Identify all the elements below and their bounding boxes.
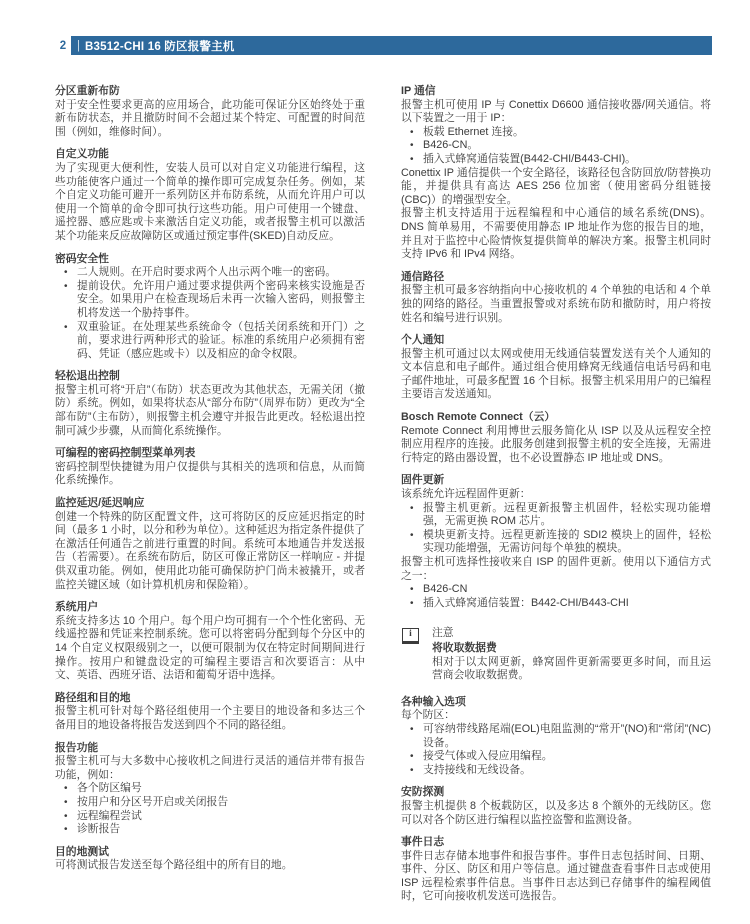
bullet-text: 报警主机更新。远程更新报警主机固件，轻松实现功能增强，无需更换 ROM 芯片。 (423, 502, 711, 529)
section: 目的地测试可将测试报告发送至每个路径组中的所有目的地。 (55, 846, 365, 873)
bullet-text: 插入式蜂窝通信装置：B442-CHI/B443-CHI (423, 597, 711, 611)
paragraph: 每个防区： (401, 709, 711, 723)
bullet-icon: • (410, 126, 423, 140)
paragraph: 密码控制型快捷键为用户仅提供与其相关的选项和信息，从而简化系统操作。 (55, 461, 365, 488)
bullet-item: •插入式蜂窝通信装置(B442-CHI/B443-CHI)。 (401, 153, 711, 167)
header-title: B3512-CHI 16 防区报警主机 (85, 36, 235, 55)
column-left: 分区重新布防对于安全性要求更高的应用场合，此功能可保证分区始终处于重新布防状态，… (55, 85, 365, 913)
bullet-item: •支持接线和无线设备。 (401, 764, 711, 778)
column-right: IP 通信报警主机可使用 IP 与 Conettix D6600 通信接收器/网… (401, 85, 711, 913)
bullet-icon: • (410, 723, 423, 750)
bullet-item: •模块更新支持。远程更新连接的 SDI2 模块上的固件，轻松实现功能增强，无需访… (401, 529, 711, 556)
bullet-text: 远程编程尝试 (77, 810, 365, 824)
section-heading: 轻松退出控制 (55, 370, 365, 384)
section: 系统用户系统支持多达 10 个用户。每个用户均可拥有一个个性化密码、无线遥控器和… (55, 601, 365, 683)
section: 安防探测报警主机提供 8 个板载防区，以及多达 8 个额外的无线防区。您可以对各… (401, 786, 711, 827)
bullet-item: •可容纳带线路尾端(EOL)电阻监测的“常开”(NO)和“常闭”(NC)设备。 (401, 723, 711, 750)
bullet-icon: • (64, 321, 77, 362)
bullet-text: 二人规则。在开启时要求两个人出示两个唯一的密码。 (77, 266, 365, 280)
section: 路径组和目的地报警主机可针对每个路径组使用一个主要目的地设备和多达三个备用目的地… (55, 692, 365, 733)
section-heading: 报告功能 (55, 742, 365, 756)
bullet-text: 模块更新支持。远程更新连接的 SDI2 模块上的固件，轻松实现功能增强，无需访问… (423, 529, 711, 556)
bullet-icon: • (64, 280, 77, 321)
bullet-icon: • (410, 529, 423, 556)
bullet-icon: • (410, 750, 423, 764)
section: 固件更新该系统允许远程固件更新：•报警主机更新。远程更新报警主机固件，轻松实现功… (401, 474, 711, 610)
section-heading: Bosch Remote Connect（云） (401, 411, 711, 425)
bullet-icon: • (64, 810, 77, 824)
page-header: 2 | B3512-CHI 16 防区报警主机 (55, 36, 712, 55)
paragraph: 报警主机可选择性接收来自 ISP 的固件更新。使用以下通信方式之一： (401, 556, 711, 583)
section: 报告功能报警主机可与大多数中心接收机之间进行灵活的通信并带有报告功能，例如：•各… (55, 742, 365, 837)
section: IP 通信报警主机可使用 IP 与 Conettix D6600 通信接收器/网… (401, 85, 711, 262)
bullet-text: 板载 Ethernet 连接。 (423, 126, 711, 140)
bullet-item: •插入式蜂窝通信装置：B442-CHI/B443-CHI (401, 597, 711, 611)
paragraph: Conettix IP 通信提供一个安全路径，该路径包含防回放/防替换功能，并提… (401, 167, 711, 208)
section: 个人通知报警主机可通过以太网或使用无线通信装置发送有关个人通知的文本信息和电子邮… (401, 334, 711, 402)
section-heading: IP 通信 (401, 85, 711, 99)
paragraph: 报警主机提供 8 个板载防区，以及多达 8 个额外的无线防区。您可以对各个防区进… (401, 800, 711, 827)
bullet-item: •板载 Ethernet 连接。 (401, 126, 711, 140)
section-heading: 可编程的密码控制型菜单列表 (55, 447, 365, 461)
bullet-item: •各个防区编号 (55, 782, 365, 796)
bullet-icon: • (410, 583, 423, 597)
bullet-item: •按用户和分区号开启或关闭报告 (55, 796, 365, 810)
bullet-list: •二人规则。在开启时要求两个人出示两个唯一的密码。•提前设伏。允许用户通过要求提… (55, 266, 365, 361)
paragraph: 报警主机可使用 IP 与 Conettix D6600 通信接收器/网关通信。将… (401, 99, 711, 126)
page-number: 2 (55, 36, 71, 55)
paragraph: 对于安全性要求更高的应用场合，此功能可保证分区始终处于重新布防状态，并且撤防时间… (55, 99, 365, 140)
paragraph: 可将测试报告发送至每个路径组中的所有目的地。 (55, 859, 365, 873)
bullet-item: •双重验证。在处理某些系统命令（包括关闭系统和开门）之前，要求进行两种形式的验证… (55, 321, 365, 362)
bullet-text: 诊断报告 (77, 823, 365, 837)
bullet-icon: • (410, 597, 423, 611)
section-heading: 路径组和目的地 (55, 692, 365, 706)
section: Bosch Remote Connect（云）Remote Connect 利用… (401, 411, 711, 465)
bullet-text: 按用户和分区号开启或关闭报告 (77, 796, 365, 810)
bullet-icon: • (64, 823, 77, 837)
section: 可编程的密码控制型菜单列表密码控制型快捷键为用户仅提供与其相关的选项和信息，从而… (55, 447, 365, 488)
section-heading: 监控延迟/延迟响应 (55, 497, 365, 511)
paragraph: 为了实现更大便利性，安装人员可以对自定义功能进行编程，这些功能使客户通过一个简单… (55, 162, 365, 244)
section: 通信路径报警主机可最多容纳指向中心接收机的 4 个单独的电话和 4 个单独的网络… (401, 271, 711, 325)
paragraph: 事件日志存储本地事件和报告事件。事件日志包括时间、日期、事件、分区、防区和用户等… (401, 850, 711, 904)
note-label: 注意 (432, 627, 711, 641)
bullet-icon: • (410, 153, 423, 167)
document-body: 分区重新布防对于安全性要求更高的应用场合，此功能可保证分区始终处于重新布防状态，… (55, 85, 712, 913)
section-heading: 个人通知 (401, 334, 711, 348)
bullet-text: 插入式蜂窝通信装置(B442-CHI/B443-CHI)。 (423, 153, 711, 167)
bullet-icon: • (64, 796, 77, 810)
paragraph: 报警主机可通过以太网或使用无线通信装置发送有关个人通知的文本信息和电子邮件。通过… (401, 348, 711, 402)
section-heading: 目的地测试 (55, 846, 365, 860)
bullet-list: •可容纳带线路尾端(EOL)电阻监测的“常开”(NO)和“常闭”(NC)设备。•… (401, 723, 711, 777)
bullet-item: •B426-CN (401, 583, 711, 597)
section-heading: 自定义功能 (55, 148, 365, 162)
section-heading: 各种输入选项 (401, 696, 711, 710)
bullet-item: •报警主机更新。远程更新报警主机固件，轻松实现功能增强，无需更换 ROM 芯片。 (401, 502, 711, 529)
section: 自定义功能为了实现更大便利性，安装人员可以对自定义功能进行编程，这些功能使客户通… (55, 148, 365, 243)
header-divider: | (71, 36, 85, 55)
bullet-item: •接受气体或入侵应用编程。 (401, 750, 711, 764)
section-heading: 密码安全性 (55, 253, 365, 267)
section: 分区重新布防对于安全性要求更高的应用场合，此功能可保证分区始终处于重新布防状态，… (55, 85, 365, 139)
section-heading: 固件更新 (401, 474, 711, 488)
section: 各种输入选项每个防区：•可容纳带线路尾端(EOL)电阻监测的“常开”(NO)和“… (401, 696, 711, 778)
bullet-list: •各个防区编号•按用户和分区号开启或关闭报告•远程编程尝试•诊断报告 (55, 782, 365, 836)
bullet-list: •B426-CN•插入式蜂窝通信装置：B442-CHI/B443-CHI (401, 583, 711, 610)
bullet-item: •二人规则。在开启时要求两个人出示两个唯一的密码。 (55, 266, 365, 280)
bullet-item: •B426-CN。 (401, 139, 711, 153)
paragraph: 创建一个特殊的防区配置文件，这可将防区的反应延迟指定的时间（最多 1 小时，以分… (55, 511, 365, 593)
section-heading: 系统用户 (55, 601, 365, 615)
paragraph: 系统支持多达 10 个用户。每个用户均可拥有一个个性化密码、无线遥控器和凭证来控… (55, 615, 365, 683)
paragraph: 报警主机可最多容纳指向中心接收机的 4 个单独的电话和 4 个单独的网络的路径。… (401, 284, 711, 325)
paragraph: Remote Connect 利用博世云服务简化从 ISP 以及从远程安全控制应… (401, 425, 711, 466)
paragraph: 报警主机支持适用于远程编程和中心通信的域名系统(DNS)。DNS 简单易用，不需… (401, 207, 711, 261)
info-icon: i (402, 628, 419, 644)
bullet-text: 接受气体或入侵应用编程。 (423, 750, 711, 764)
bullet-item: •远程编程尝试 (55, 810, 365, 824)
section: 密码安全性•二人规则。在开启时要求两个人出示两个唯一的密码。•提前设伏。允许用户… (55, 253, 365, 362)
bullet-icon: • (410, 764, 423, 778)
section-heading: 安防探测 (401, 786, 711, 800)
paragraph: 报警主机可与大多数中心接收机之间进行灵活的通信并带有报告功能，例如： (55, 755, 365, 782)
bullet-text: 提前设伏。允许用户通过要求提供两个密码来核实设施是否安全。如果用户在检查现场后未… (77, 280, 365, 321)
bullet-text: 可容纳带线路尾端(EOL)电阻监测的“常开”(NO)和“常闭”(NC)设备。 (423, 723, 711, 750)
bullet-text: 各个防区编号 (77, 782, 365, 796)
section: 轻松退出控制报警主机可将“开启”（布防）状态更改为其他状态，无需关闭（撤防）系统… (55, 370, 365, 438)
section-heading: 分区重新布防 (55, 85, 365, 99)
bullet-icon: • (64, 782, 77, 796)
note-text: 相对于以太网更新，蜂窝固件更新需要更多时间，而且运营商会收取数据费。 (432, 656, 711, 683)
bullet-icon: • (410, 139, 423, 153)
bullet-icon: • (64, 266, 77, 280)
paragraph: 报警主机可将“开启”（布防）状态更改为其他状态，无需关闭（撤防）系统。例如，如果… (55, 384, 365, 438)
bullet-item: •提前设伏。允许用户通过要求提供两个密码来核实设施是否安全。如果用户在检查现场后… (55, 280, 365, 321)
section: 监控延迟/延迟响应创建一个特殊的防区配置文件，这可将防区的反应延迟指定的时间（最… (55, 497, 365, 592)
bullet-icon: • (410, 502, 423, 529)
paragraph: 该系统允许远程固件更新： (401, 488, 711, 502)
note-box: i注意将收取数据费相对于以太网更新，蜂窝固件更新需要更多时间，而且运营商会收取数… (401, 627, 711, 682)
bullet-text: 双重验证。在处理某些系统命令（包括关闭系统和开门）之前，要求进行两种形式的验证。… (77, 321, 365, 362)
note-title: 将收取数据费 (432, 642, 711, 656)
paragraph: 报警主机可针对每个路径组使用一个主要目的地设备和多达三个备用目的地设备将报告发送… (55, 705, 365, 732)
bullet-item: •诊断报告 (55, 823, 365, 837)
section-heading: 通信路径 (401, 271, 711, 285)
bullet-text: 支持接线和无线设备。 (423, 764, 711, 778)
bullet-text: B426-CN。 (423, 139, 711, 153)
section-heading: 事件日志 (401, 836, 711, 850)
bullet-list: •板载 Ethernet 连接。•B426-CN。•插入式蜂窝通信装置(B442… (401, 126, 711, 167)
bullet-text: B426-CN (423, 583, 711, 597)
bullet-list: •报警主机更新。远程更新报警主机固件，轻松实现功能增强，无需更换 ROM 芯片。… (401, 502, 711, 556)
page: { "glyphs": { "bullet": "•" }, "colors":… (0, 0, 750, 924)
section: 事件日志事件日志存储本地事件和报告事件。事件日志包括时间、日期、事件、分区、防区… (401, 836, 711, 904)
